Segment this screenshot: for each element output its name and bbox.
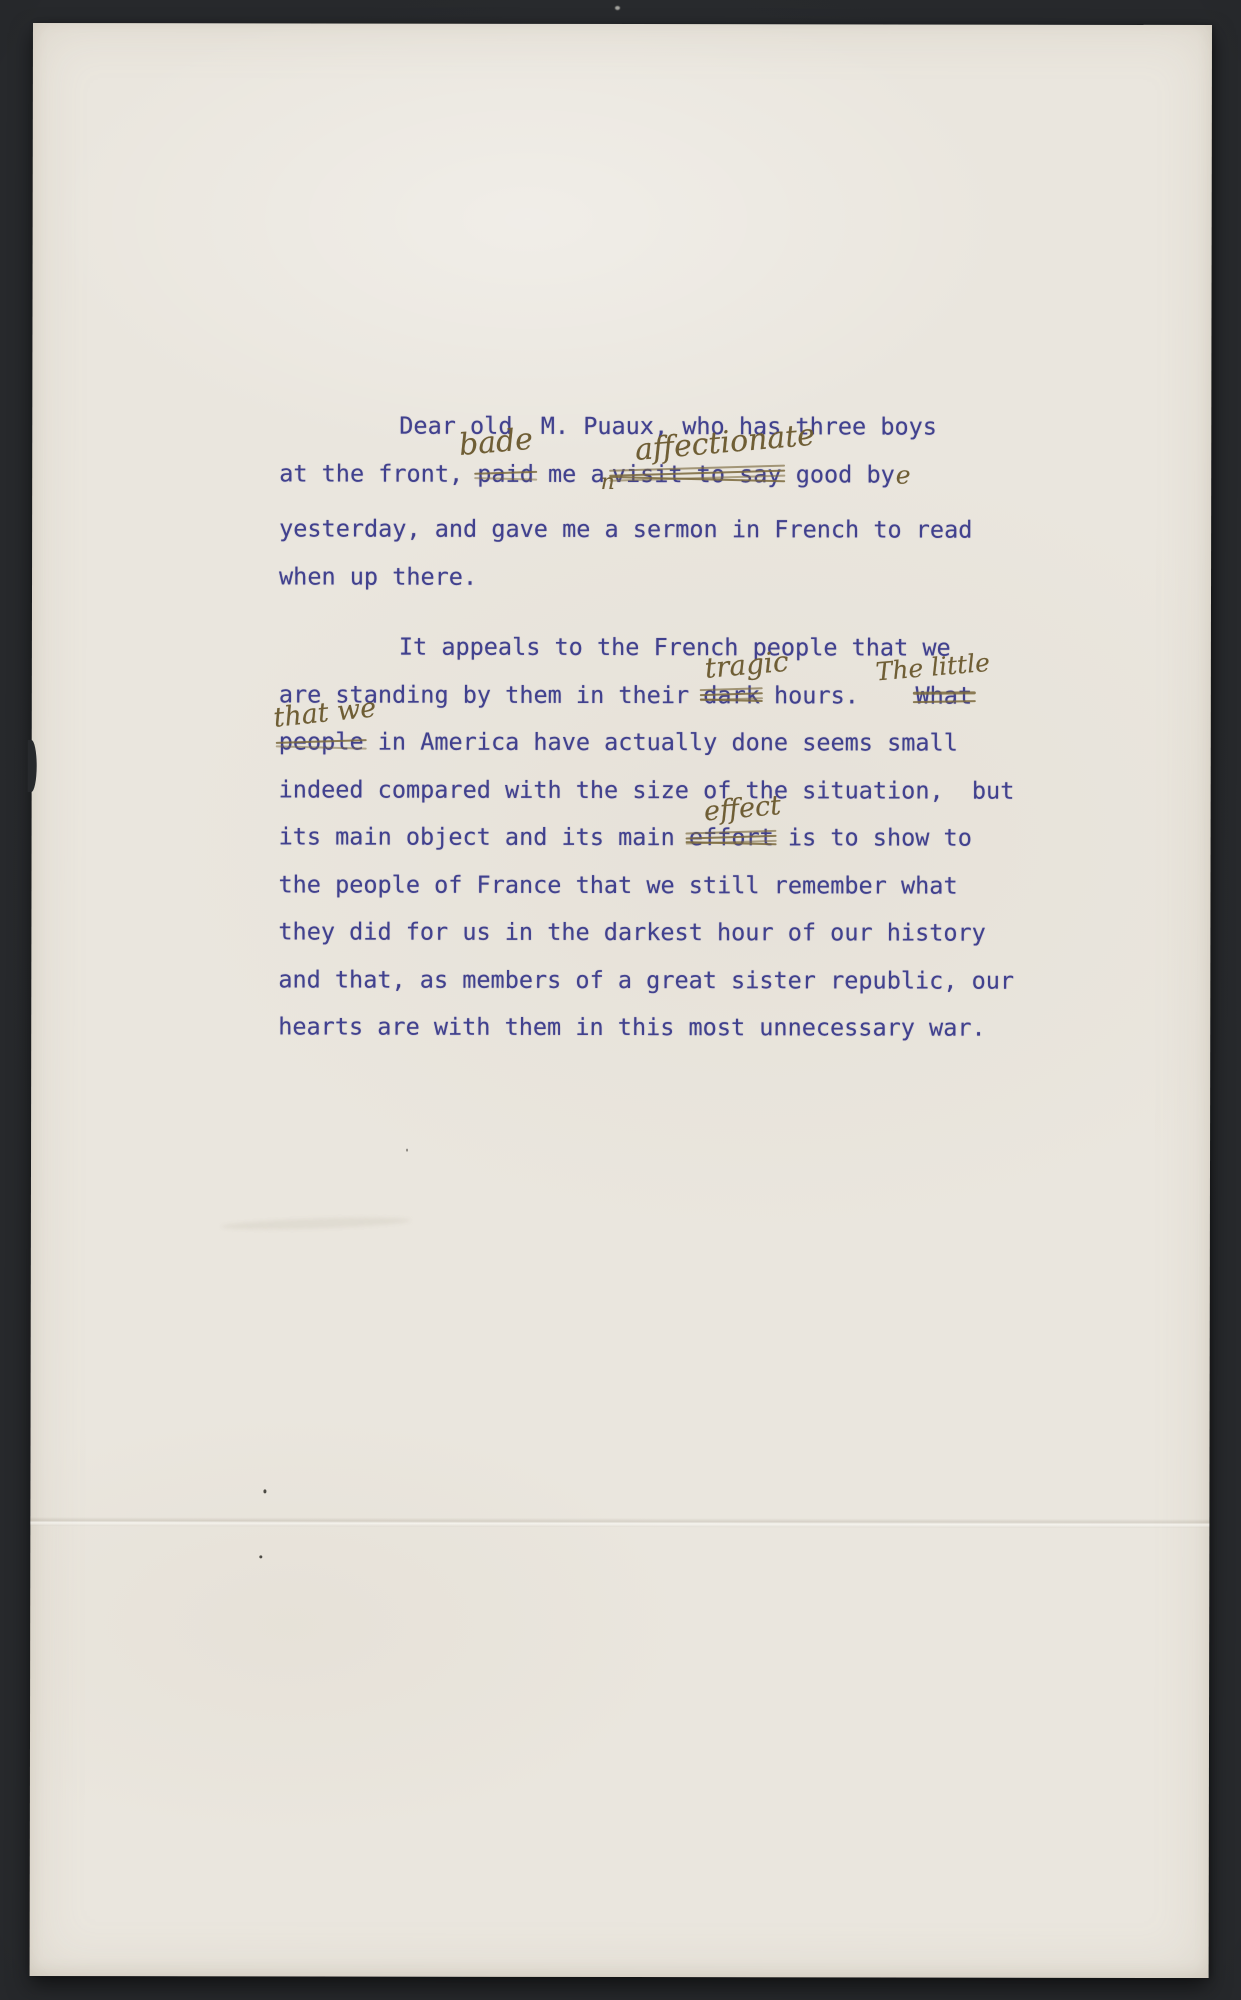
typed-text: yesterday, and gave me a sermon in Frenc… (279, 514, 972, 543)
struck-word: WhatThe little (915, 672, 972, 720)
letter-page: Dear old M. Puaux, who has three boysat … (30, 23, 1212, 1978)
typed-text: and that, as members of a great sister r… (278, 965, 1014, 994)
struck-word: paidbade (477, 450, 534, 498)
typed-line: its main object and its main efforteffec… (279, 813, 1159, 862)
struck-word: darktragic (703, 672, 760, 720)
typed-text: hearts are with them in this most unnece… (278, 1012, 985, 1041)
typed-text: me a (534, 459, 605, 487)
typed-text: at the front, (279, 459, 477, 487)
typed-line: yesterday, and gave me a sermon in Frenc… (279, 505, 1159, 554)
letter-body: Dear old M. Puaux, who has three boysat … (278, 402, 1159, 1052)
photo-background: Dear old M. Puaux, who has three boysat … (0, 0, 1241, 2000)
paper-speck (259, 1555, 262, 1558)
typed-line: are standing by them in their darktragic… (279, 671, 1159, 720)
typed-text: when up there. (279, 562, 477, 590)
typed-line: at the front, paidbade me anvisit to say… (279, 450, 1159, 507)
typed-text: It appeals to the French people that we (399, 633, 951, 662)
typed-line: when up there. (279, 553, 1159, 602)
background-speck (615, 6, 620, 10)
struck-word: efforteffect (689, 814, 774, 862)
typed-text: in America have actually done seems smal… (364, 728, 958, 757)
handwritten-correction: tragic (703, 648, 789, 683)
struck-word: peoplethat we (279, 718, 364, 766)
paper-speck (406, 1149, 408, 1152)
struck-word: visit to sayaffectionate (612, 451, 782, 499)
handwritten-correction: effect (703, 792, 782, 825)
paper-edge-notch (28, 740, 37, 792)
typed-line: they did for us in the darkest hour of o… (278, 908, 1158, 957)
paper-smudge (221, 1215, 411, 1231)
paper-speck (263, 1489, 266, 1493)
typed-line: hearts are with them in this most unnece… (278, 1003, 1158, 1052)
typed-text: indeed compared with the size of the sit… (279, 775, 1015, 804)
typed-text: good by (782, 460, 895, 488)
typed-line: peoplethat we in America have actually d… (279, 718, 1159, 767)
handwritten-correction: The little (875, 650, 991, 685)
paragraph-gap (279, 600, 1159, 625)
typed-text: the people of France that we still remem… (278, 870, 957, 899)
typed-text: is to show to (774, 823, 972, 851)
fold-crease (30, 1517, 1209, 1528)
handwritten-insertion: e (896, 460, 911, 489)
typed-text: they did for us in the darkest hour of o… (278, 917, 985, 946)
handwritten-correction: bade (458, 425, 534, 461)
typed-line: and that, as members of a great sister r… (278, 956, 1158, 1005)
typed-line: the people of France that we still remem… (278, 861, 1158, 910)
typed-text: its main object and its main (279, 822, 689, 851)
